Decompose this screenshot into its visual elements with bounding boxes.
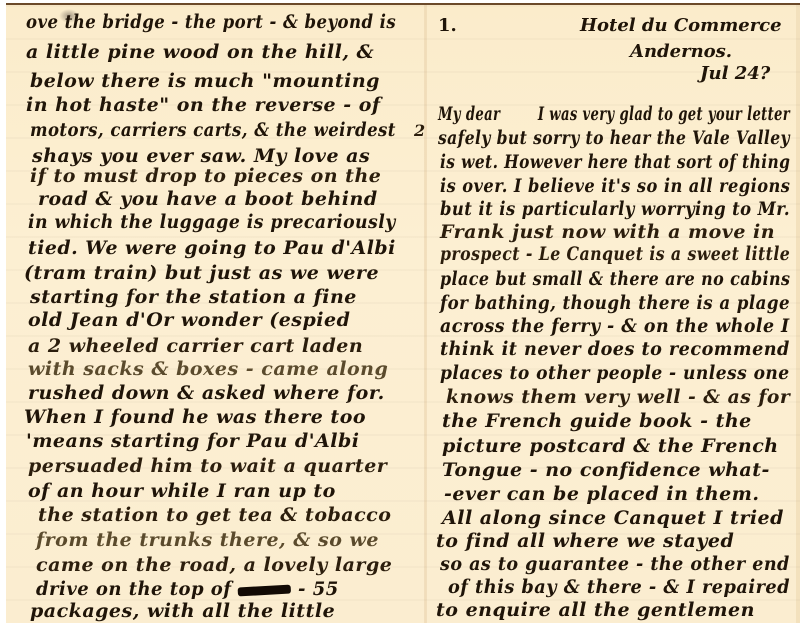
handwritten-line: a 2 wheeled carrier cart laden [28,335,363,357]
handwritten-line: prospect - Le Canquet is a sweet little [440,243,790,265]
handwritten-line: tied. We were going to Pau d'Albi [28,237,396,259]
handwritten-line: in hot haste" on the reverse - of [26,94,381,116]
handwritten-line: 'means starting for Pau d'Albi [26,430,360,452]
handwritten-line: of this bay & there - & I repaired [448,576,790,598]
handwritten-line: old Jean d'Or wonder (espied [28,309,350,331]
handwritten-line: in which the luggage is precariously [28,211,396,233]
handwritten-line: with sacks & boxes - came along [28,358,388,380]
margin-note: 2 [414,121,425,140]
handwritten-line: came on the road, a lovely large [36,554,392,576]
handwritten-line: rushed down & asked where for. [28,382,385,404]
handwritten-line: below there is much "mounting [30,70,380,92]
handwritten-line: I was very glad to get your letter [538,103,790,125]
handwritten-line: knows them very well - & as for [446,386,790,408]
handwritten-line: a little pine wood on the hill, & [26,41,374,63]
handwritten-line: starting for the station a fine [30,286,357,308]
handwritten-line: places to other people - unless one [440,362,790,384]
salutation: My dear I was very glad to get your lett… [438,103,790,125]
handwritten-line: Tongue - no confidence what- [442,459,770,481]
handwritten-line: (tram train) but just as we were [24,262,379,284]
handwritten-line: think it never does to recommend [440,338,790,360]
handwritten-line: to enquire all the gentlemen [436,599,755,621]
handwritten-line: so as to guarantee - the other end [440,553,790,575]
handwritten-line: safely but sorry to hear the Vale Valley [438,127,790,149]
handwritten-line: persuaded him to wait a quarter [28,455,387,477]
handwritten-line: from the trunks there, & so we [36,529,379,551]
handwritten-line: if to must drop to pieces on the [30,165,381,187]
handwritten-line: of an hour while I ran up to [28,480,336,502]
handwritten-line: When I found he was there too [24,406,366,428]
page-fold-line [424,5,427,623]
letter-date: Jul 24? [700,63,770,84]
handwritten-line: across the ferry - & on the whole I [440,315,790,337]
handwritten-line: the French guide book - the [442,410,752,432]
page-number: 1. [438,15,457,36]
handwritten-line: motors, carriers carts, & the weirdest [30,119,396,141]
address-line-town: Andernos. [630,41,732,62]
handwritten-line: the station to get tea & tobacco [38,504,391,526]
address-line-hotel: Hotel du Commerce [580,15,782,36]
handwritten-line: but it is particularly worrying to Mr. [440,198,790,220]
letter-sheet: ove the bridge - the port - & beyond is … [6,3,800,623]
ink-blot [238,584,291,596]
handwritten-line: is wet. However here that sort of thing [440,151,790,173]
handwritten-line: packages, with all the little [30,600,335,622]
handwritten-line: Frank just now with a move in [440,221,775,243]
handwritten-line: road & you have a boot behind [38,188,378,210]
handwritten-line: ove the bridge - the port - & beyond is [26,11,396,33]
handwritten-line: is over. I believe it's so in all region… [440,175,790,197]
handwritten-line: place but small & there are no cabins [440,268,790,290]
handwritten-line: -ever can be placed in them. [444,483,759,505]
handwritten-line: picture postcard & the French [442,435,779,457]
paper-edge [796,5,800,623]
handwritten-line: All along since Canquet I tried [442,507,784,529]
handwritten-line: for bathing, though there is a plage [440,292,790,314]
salutation-text: My dear [438,103,500,125]
handwritten-line: shays you ever saw. My love as [32,145,370,167]
handwritten-line: to find all where we stayed [436,530,734,552]
handwritten-line: drive on the top of - 55 [36,578,339,600]
